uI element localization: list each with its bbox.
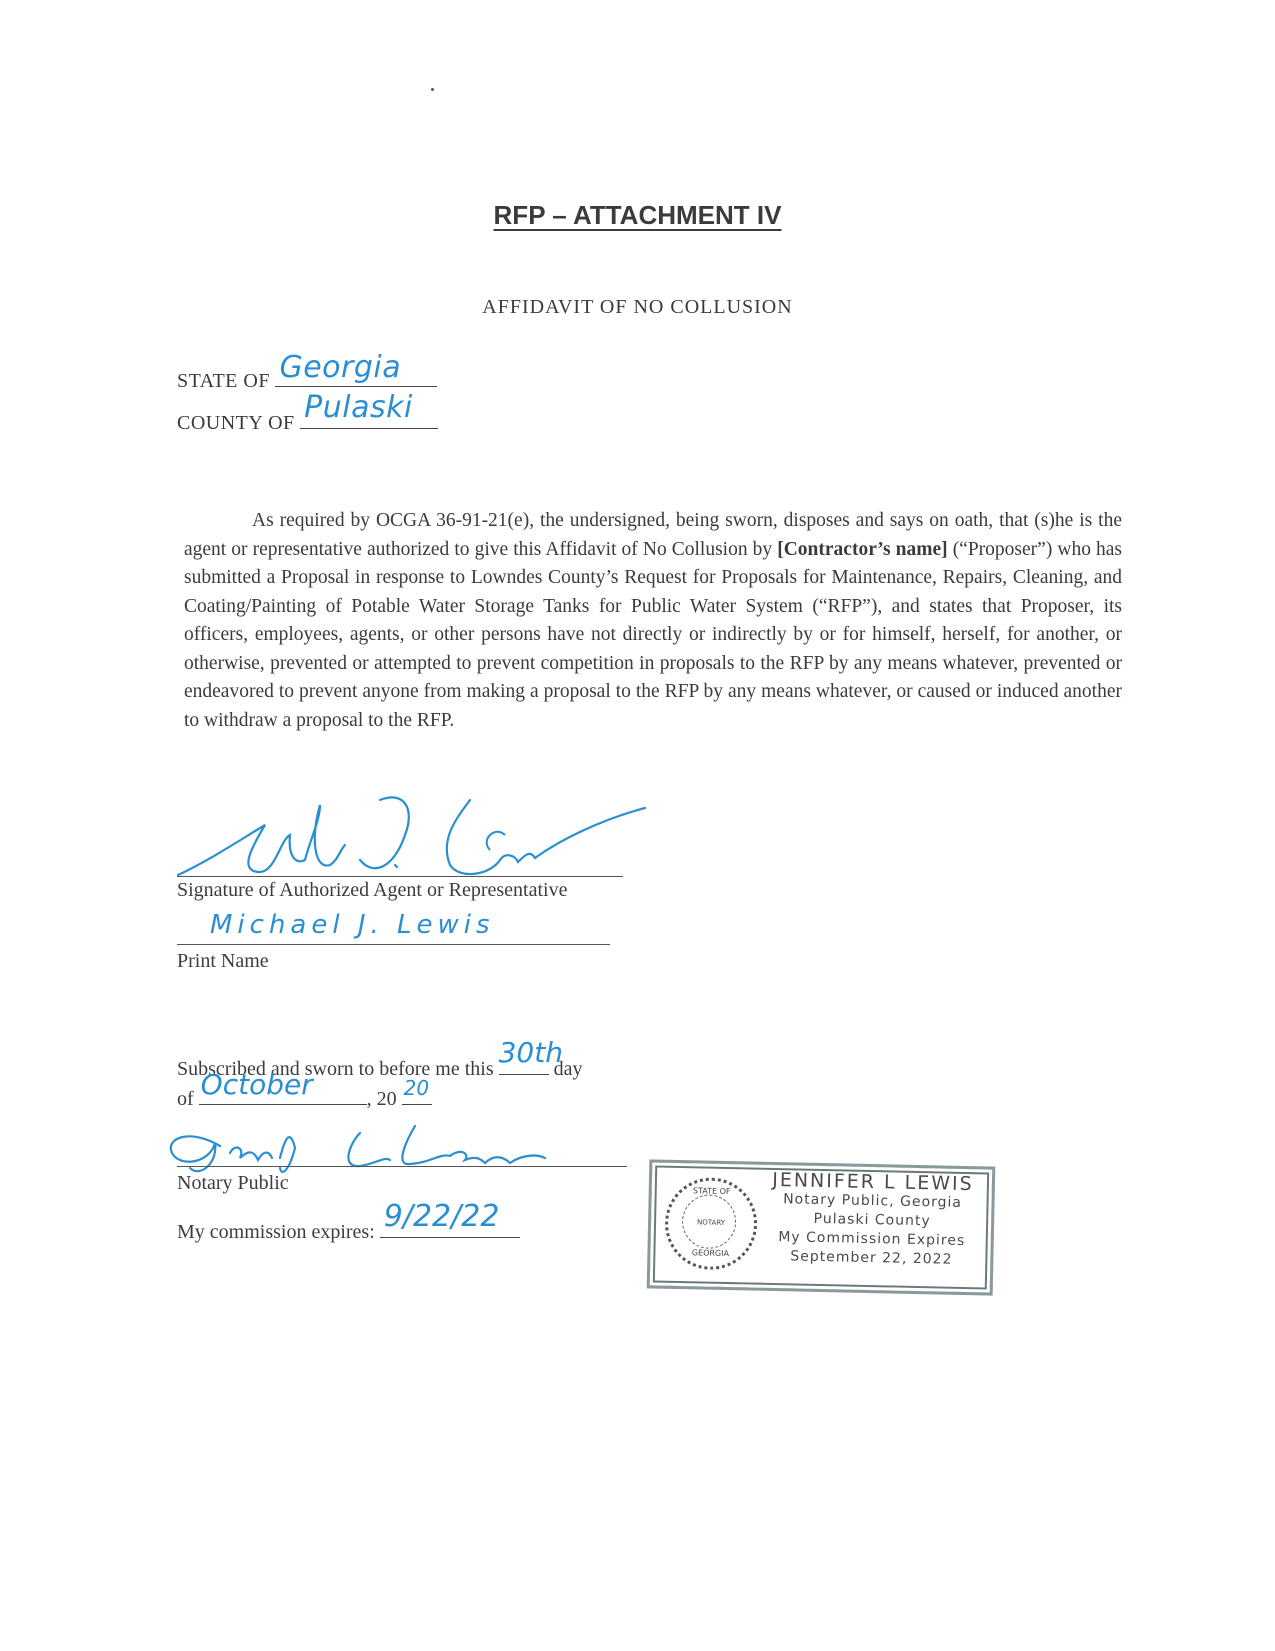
commission-value: 9/22/22 bbox=[384, 1199, 500, 1234]
signature-line bbox=[177, 876, 623, 877]
state-label: STATE OF bbox=[177, 370, 270, 392]
state-value: Georgia bbox=[279, 350, 401, 385]
notary-seal-icon: STATE OF NOTARY GEORGIA bbox=[664, 1177, 758, 1271]
commission-blank[interactable]: 9/22/22 bbox=[380, 1215, 520, 1238]
print-name-value: Michael J. Lewis bbox=[210, 910, 495, 940]
year-blank[interactable]: 20 bbox=[402, 1082, 432, 1105]
print-name-label: Print Name bbox=[177, 950, 269, 973]
year-value: 20 bbox=[404, 1076, 429, 1100]
month-value: October bbox=[201, 1068, 313, 1101]
month-blank[interactable]: October bbox=[199, 1082, 367, 1105]
day-blank[interactable]: 30th bbox=[499, 1052, 549, 1075]
document-title: AFFIDAVIT OF NO COLLUSION bbox=[0, 296, 1275, 319]
signature-label: Signature of Authorized Agent or Represe… bbox=[177, 879, 567, 902]
state-field: STATE OF Georgia bbox=[177, 364, 437, 393]
state-blank[interactable]: Georgia bbox=[275, 364, 437, 387]
commission-line: My commission expires: 9/22/22 bbox=[177, 1215, 520, 1244]
county-value: Pulaski bbox=[304, 390, 413, 425]
notary-signature-line bbox=[177, 1166, 627, 1167]
of-label: of bbox=[177, 1088, 194, 1110]
scan-speck bbox=[431, 88, 434, 91]
county-field: COUNTY OF Pulaski bbox=[177, 406, 438, 435]
year-prefix: , 20 bbox=[367, 1088, 397, 1110]
affidavit-body: As required by OCGA 36-91-21(e), the und… bbox=[184, 507, 1122, 735]
day-value: 30th bbox=[499, 1036, 563, 1069]
print-name-line bbox=[177, 944, 610, 945]
county-label: COUNTY OF bbox=[177, 412, 295, 434]
agent-signature bbox=[170, 780, 660, 890]
notary-stamp: STATE OF NOTARY GEORGIA JENNIFER L LEWIS… bbox=[647, 1159, 996, 1295]
county-blank[interactable]: Pulaski bbox=[300, 406, 438, 429]
month-line: of October , 20 20 bbox=[177, 1082, 432, 1111]
stamp-text: JENNIFER L LEWIS Notary Public, Georgia … bbox=[758, 1171, 986, 1271]
stamp-commission-date: September 22, 2022 bbox=[758, 1247, 984, 1271]
commission-label: My commission expires: bbox=[177, 1221, 375, 1243]
attachment-title: RFP – ATTACHMENT IV bbox=[0, 200, 1275, 231]
body-part-2: (“Proposer”) who has submitted a Proposa… bbox=[184, 539, 1122, 731]
notary-public-label: Notary Public bbox=[177, 1172, 289, 1195]
contractor-name-placeholder: [Contractor’s name] bbox=[777, 539, 947, 560]
